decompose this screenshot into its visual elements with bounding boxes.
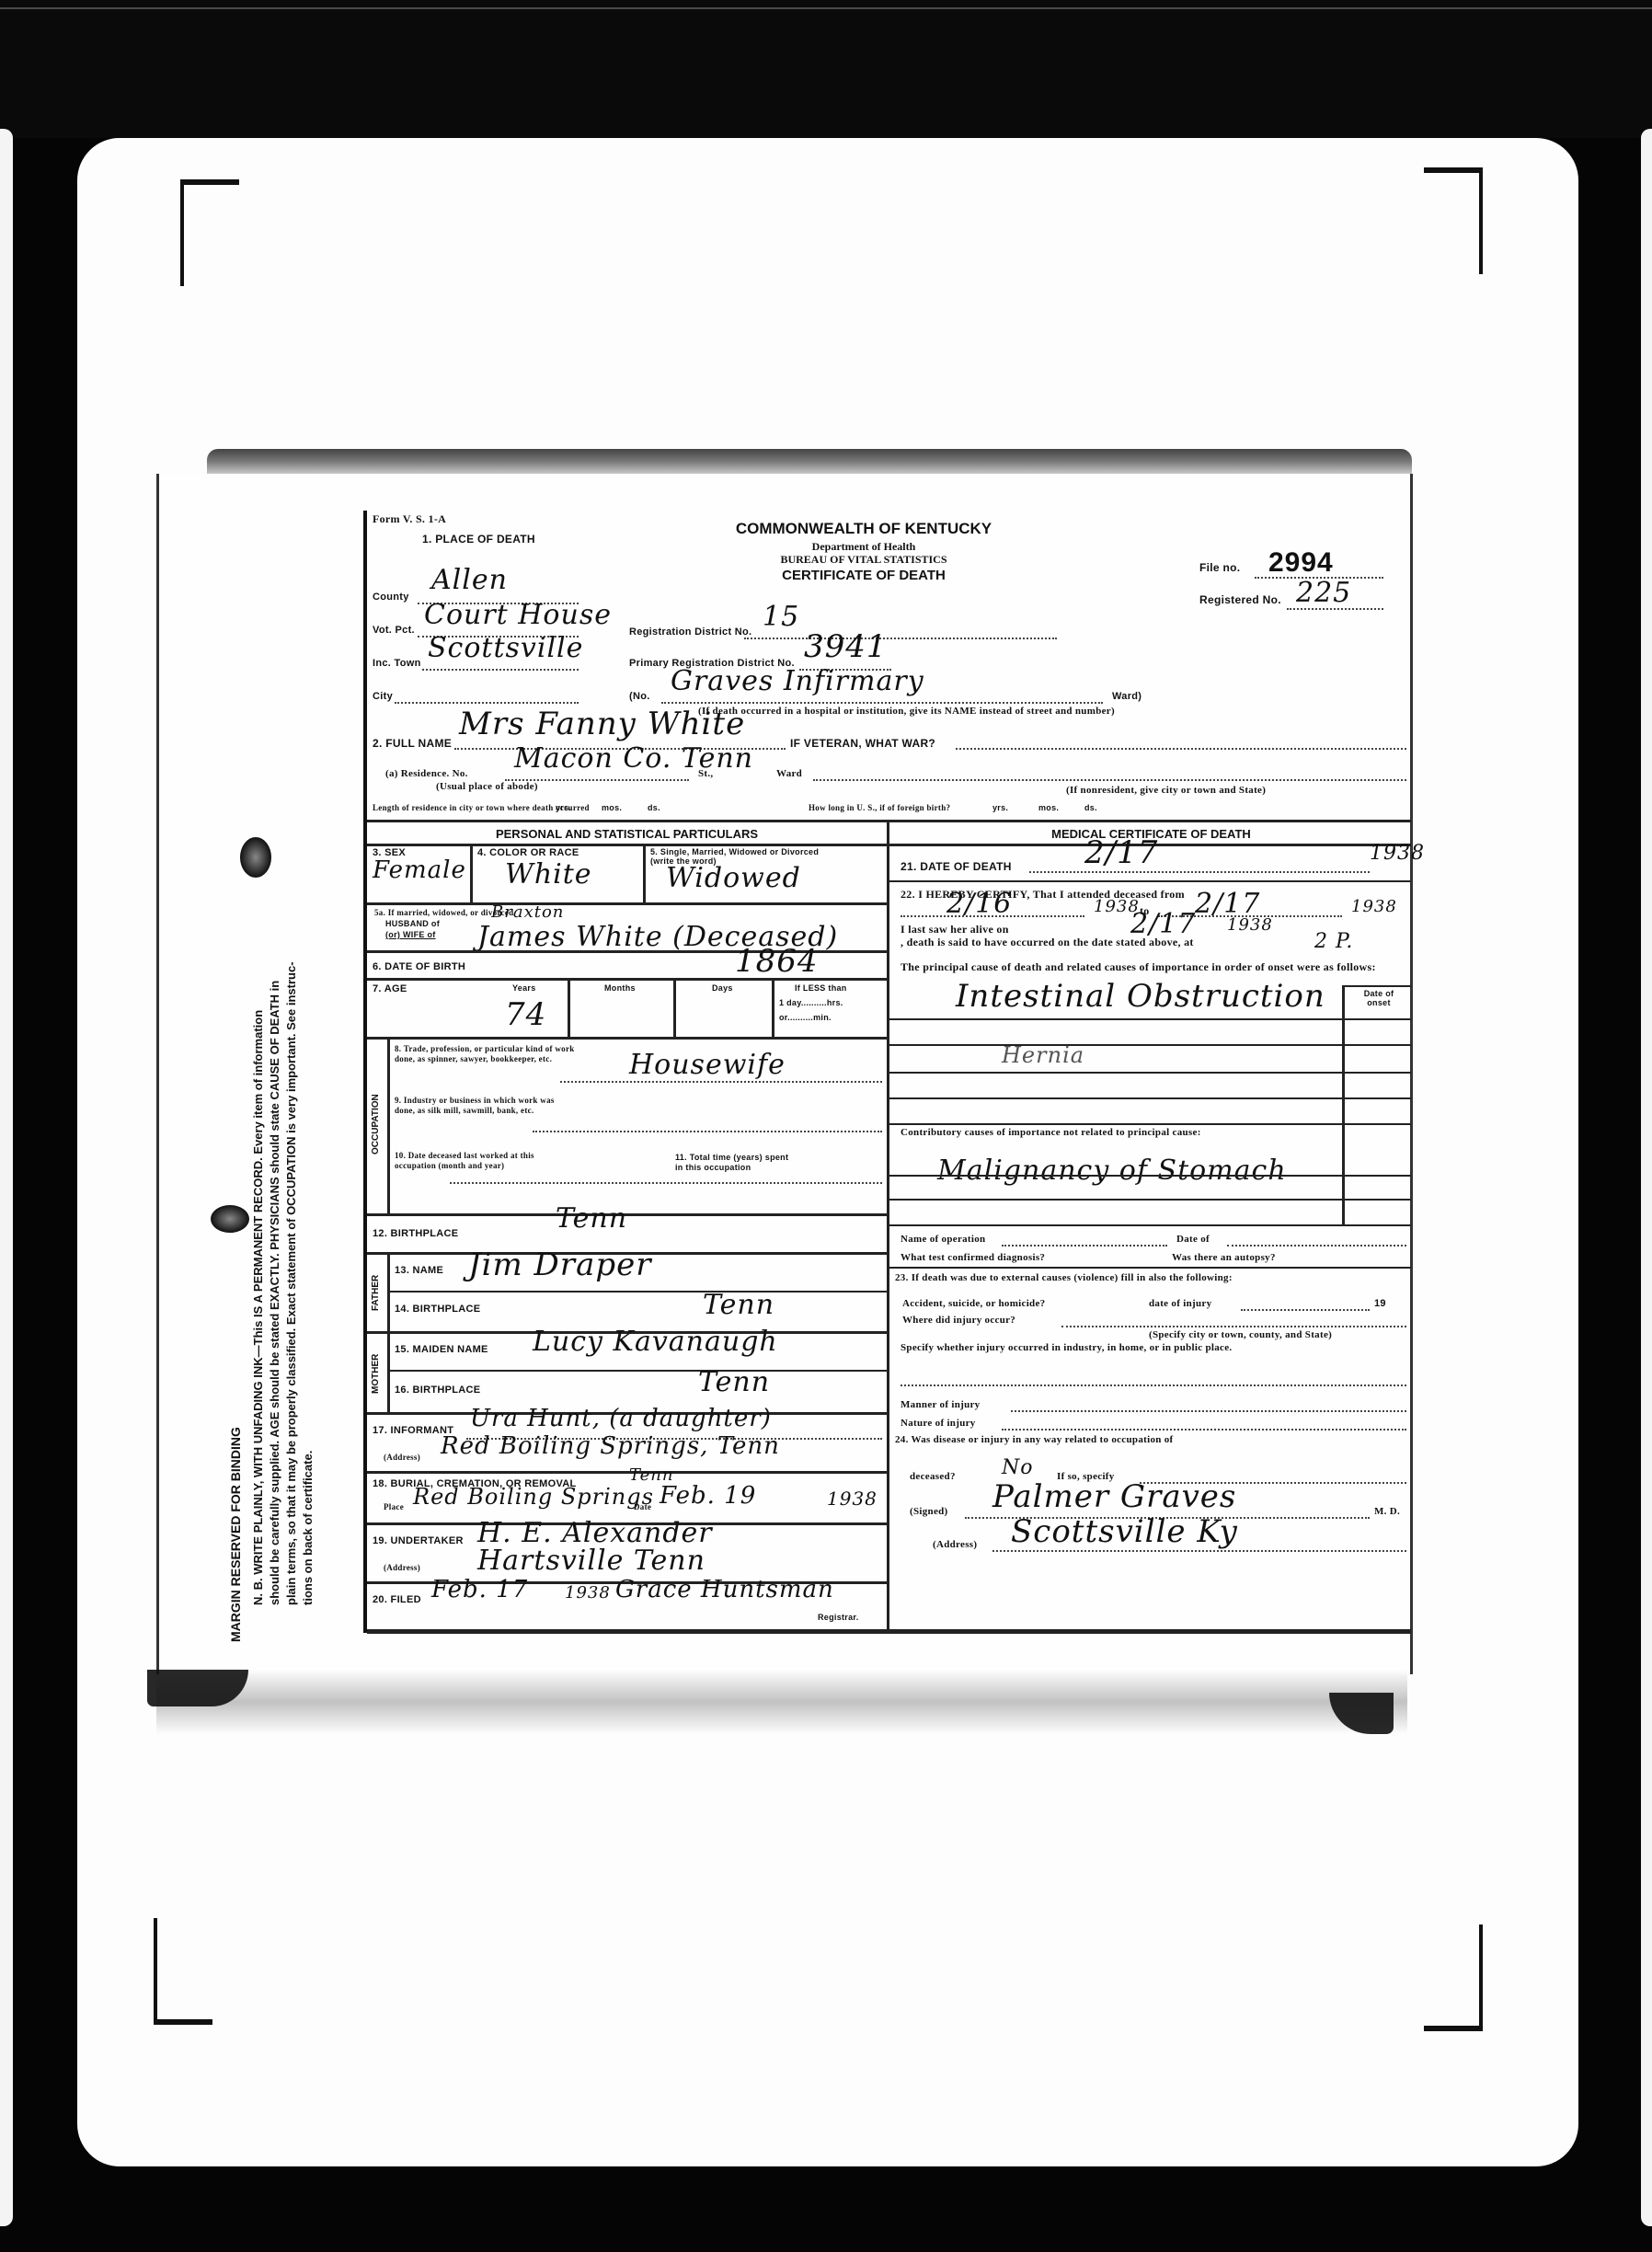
filed-label: 20. FILED [373, 1594, 421, 1605]
months-label: Months [604, 983, 636, 993]
where-injury-note: (Specify city or town, county, and State… [1149, 1329, 1332, 1340]
bureau: BUREAU OF VITAL STATISTICS [726, 553, 1002, 567]
vot-pct-label: Vot. Pct. [373, 625, 415, 636]
burial-place-label: Place [384, 1502, 404, 1511]
certify-label: 22. I HEREBY CERTIFY, That I attended de… [901, 888, 1185, 902]
specify-injury-place-label: Specify whether injury occurred in indus… [901, 1342, 1405, 1353]
mother-birthplace-label: 16. BIRTHPLACE [395, 1385, 480, 1396]
deceased-label: deceased? [910, 1471, 956, 1482]
veteran-label: IF VETERAN, WHAT WAR? [790, 737, 935, 750]
filed-date-value: Feb. 17 [431, 1576, 528, 1603]
crop-mark-top-left [180, 179, 239, 286]
nature-of-injury-label: Nature of injury [901, 1418, 976, 1429]
department: Department of Health [726, 540, 1002, 554]
filed-year-value: 1938 [565, 1583, 611, 1603]
date-of-birth-value: 1864 [735, 943, 819, 980]
ds-label: ds. [648, 803, 660, 812]
birthplace-label: 12. BIRTHPLACE [373, 1228, 458, 1239]
sex-value: Female [373, 856, 466, 884]
inc-town-label: Inc. Town [373, 658, 421, 669]
state-title: COMMONWEALTH OF KENTUCKY [726, 520, 1002, 538]
father-birthplace-value: Tenn [703, 1289, 774, 1321]
burial-year-value: 1938 [827, 1488, 878, 1510]
husband-of-label: HUSBAND of [385, 919, 440, 928]
external-causes-label: 23. If death was due to external causes … [895, 1272, 1406, 1283]
full-name-value: Mrs Fanny White [459, 706, 745, 742]
inc-town-value: Scottsville [428, 632, 583, 664]
primary-registration-value: 3941 [804, 628, 888, 665]
total-time-label: 11. Total time (years) spent in this occ… [675, 1153, 795, 1173]
days-label: Days [712, 983, 733, 993]
certificate-title: CERTIFICATE OF DEATH [726, 568, 1002, 583]
race-label: 4. COLOR OR RACE [477, 847, 579, 858]
punch-hole [211, 1205, 249, 1233]
trade-value: Housewife [629, 1049, 786, 1081]
certificate-form: Form V. S. 1-A COMMONWEALTH OF KENTUCKY … [363, 511, 1411, 1633]
undertaker-address-value: Hartsville Tenn [477, 1545, 706, 1577]
registered-no-label: Registered No. [1199, 593, 1281, 606]
signed-label: (Signed) [910, 1506, 948, 1517]
md-label: M. D. [1374, 1506, 1400, 1517]
informant-address-value: Red Boiling Springs, Tenn [441, 1432, 780, 1460]
date-of-death-value: 2/17 [1084, 834, 1158, 871]
city-label: City [373, 691, 393, 702]
injury-date-label: date of injury [1149, 1298, 1211, 1309]
father-name-label: 13. NAME [395, 1265, 443, 1276]
registered-no-value: 225 [1296, 577, 1351, 609]
less-min-label: or..........min. [779, 1013, 832, 1022]
operation-date-label: Date of [1176, 1234, 1210, 1245]
undertaker-address-label: (Address) [384, 1563, 420, 1572]
last-saw-label: I last saw her alive on [901, 923, 1009, 936]
test-label: What test confirmed diagnosis? [901, 1252, 1045, 1263]
registration-district-value: 15 [763, 601, 799, 633]
physician-address-label: (Address) [933, 1539, 977, 1550]
film-scratch [0, 7, 1652, 9]
undertaker-label: 19. UNDERTAKER [373, 1535, 464, 1546]
street-label: St., [698, 768, 713, 779]
crop-mark-bottom-right [1424, 1925, 1483, 2031]
where-injury-label: Where did injury occur? [902, 1315, 1015, 1326]
institution-note: (If death occurred in a hospital or inst… [698, 706, 1115, 717]
crop-mark-bottom-left [154, 1918, 212, 2025]
margin-instruction-line: tions on back of certificate. [301, 1451, 315, 1605]
father-birthplace-label: 14. BIRTHPLACE [395, 1304, 480, 1315]
attended-to-year: 1938 [1351, 897, 1397, 916]
county-value: Allen [431, 564, 508, 596]
informant-address-label: (Address) [384, 1453, 420, 1462]
page-shadow-bottom [156, 1670, 1407, 1734]
contributory-value: Malignancy of Stomach [937, 1155, 1287, 1187]
trade-label: 8. Trade, profession, or particular kind… [395, 1044, 579, 1064]
nonresident-note: (If nonresident, give city or town and S… [1066, 785, 1266, 796]
burial-place-value: Red Boiling Springs [413, 1484, 654, 1510]
residence-value: Macon Co. Tenn [514, 742, 753, 775]
date-of-birth-label: 6. DATE OF BIRTH [373, 961, 465, 972]
county-label: County [373, 592, 409, 603]
mother-name-value: Lucy Kavanaugh [533, 1326, 778, 1358]
file-no-value: 2994 [1268, 547, 1334, 579]
form-number: Form V. S. 1-A [373, 512, 446, 526]
full-name-label: 2. FULL NAME [373, 737, 452, 750]
mos-label: mos. [1038, 803, 1059, 812]
less-day-label: 1 day..........hrs. [779, 998, 843, 1007]
margin-instruction-line: plain terms, so that it may be properly … [284, 961, 299, 1605]
microfilm-border-top [0, 0, 1652, 138]
cause-note-value: Hernia [1002, 1042, 1084, 1068]
burial-date-value: Feb. 19 [660, 1482, 756, 1510]
age-label: 7. AGE [373, 983, 407, 994]
occupation-related-answer: No [1002, 1456, 1034, 1479]
father-section-label: FATHER [371, 1275, 381, 1311]
less-than-label: If LESS than [795, 983, 847, 993]
date-of-onset-label: Date of onset [1353, 989, 1405, 1007]
adjacent-frame-left [0, 129, 13, 2226]
physician-address-value: Scottsville Ky [1011, 1513, 1238, 1550]
margin-instruction-line: should be carefully supplied. AGE should… [268, 981, 282, 1605]
mos-label: mos. [602, 803, 622, 812]
registrar-signature: Grace Huntsman [615, 1576, 834, 1603]
residence-ward-label: Ward [776, 768, 802, 779]
operation-label: Name of operation [901, 1234, 985, 1245]
date-of-death-label: 21. DATE OF DEATH [901, 860, 1012, 873]
injury-year-prefix: 19 [1374, 1298, 1386, 1309]
marital-status-value: Widowed [666, 862, 801, 894]
burial-date-label: Date [634, 1502, 651, 1511]
foreign-birth-label: How long in U. S., if of foreign birth? [809, 803, 950, 812]
industry-label: 9. Industry or business in which work wa… [395, 1096, 569, 1116]
time-of-death-value: 2 P. [1314, 930, 1353, 953]
mother-section-label: MOTHER [371, 1354, 381, 1394]
institution-no-label: (No. [629, 691, 650, 702]
registrar-label: Registrar. [818, 1613, 859, 1622]
registration-district-label: Registration District No. [629, 626, 751, 638]
binding-margin: MARGIN RESERVED FOR BINDING N. B. WRITE … [159, 474, 352, 1674]
autopsy-label: Was there an autopsy? [1172, 1252, 1276, 1263]
race-value: White [505, 858, 592, 890]
principal-cause-value: Intestinal Obstruction [956, 978, 1325, 1015]
father-name-value: Jim Draper [468, 1247, 651, 1283]
last-saw-year: 1938 [1227, 915, 1273, 935]
last-worked-label: 10. Date deceased last worked at this oc… [395, 1151, 560, 1171]
personal-heading: PERSONAL AND STATISTICAL PARTICULARS [367, 827, 887, 841]
mother-birthplace-value: Tenn [698, 1366, 770, 1398]
occupation-section-label: OCCUPATION [371, 1094, 381, 1155]
mother-name-label: 15. MAIDEN NAME [395, 1344, 488, 1355]
occupation-related-label: 24. Was disease or injury in any way rel… [895, 1434, 1173, 1445]
residence-label: (a) Residence. No. [385, 768, 468, 779]
contributory-label: Contributory causes of importance not re… [901, 1127, 1204, 1138]
birthplace-value: Tenn [556, 1202, 627, 1235]
margin-binding-text: MARGIN RESERVED FOR BINDING [228, 1427, 243, 1642]
cause-intro-label: The principal cause of death and related… [901, 961, 1405, 973]
age-years-value: 74 [505, 996, 546, 1033]
file-no-label: File no. [1199, 561, 1240, 574]
yrs-label: yrs. [992, 803, 1008, 812]
ward-label: Ward) [1112, 691, 1141, 702]
place-of-death-heading: 1. PLACE OF DEATH [422, 533, 535, 546]
manner-of-injury-label: Manner of injury [901, 1399, 980, 1410]
adjacent-frame-right [1641, 129, 1652, 2226]
years-label: Years [512, 983, 536, 993]
physician-signature: Palmer Graves [992, 1478, 1236, 1515]
wife-of-label: (or) WIFE of [385, 930, 436, 939]
death-certificate: MARGIN RESERVED FOR BINDING N. B. WRITE … [156, 474, 1413, 1674]
yrs-label: yrs. [556, 803, 571, 812]
accident-label: Accident, suicide, or homicide? [902, 1298, 1045, 1309]
column-divider [887, 820, 889, 1633]
institution-value: Graves Infirmary [671, 665, 924, 697]
date-of-death-year: 1938 [1370, 842, 1425, 865]
margin-instruction-line: N. B. WRITE PLAINLY, WITH UNFADING INK—T… [251, 1010, 266, 1605]
punch-hole [240, 837, 271, 878]
usual-abode-note: (Usual place of abode) [436, 781, 538, 792]
vot-pct-value: Court House [424, 599, 612, 631]
crop-mark-top-right [1424, 167, 1483, 274]
ds-label: ds. [1084, 803, 1097, 812]
spouse-note: Braxton [491, 902, 564, 922]
informant-value: Ura Hunt, (a daughter) [470, 1405, 772, 1432]
